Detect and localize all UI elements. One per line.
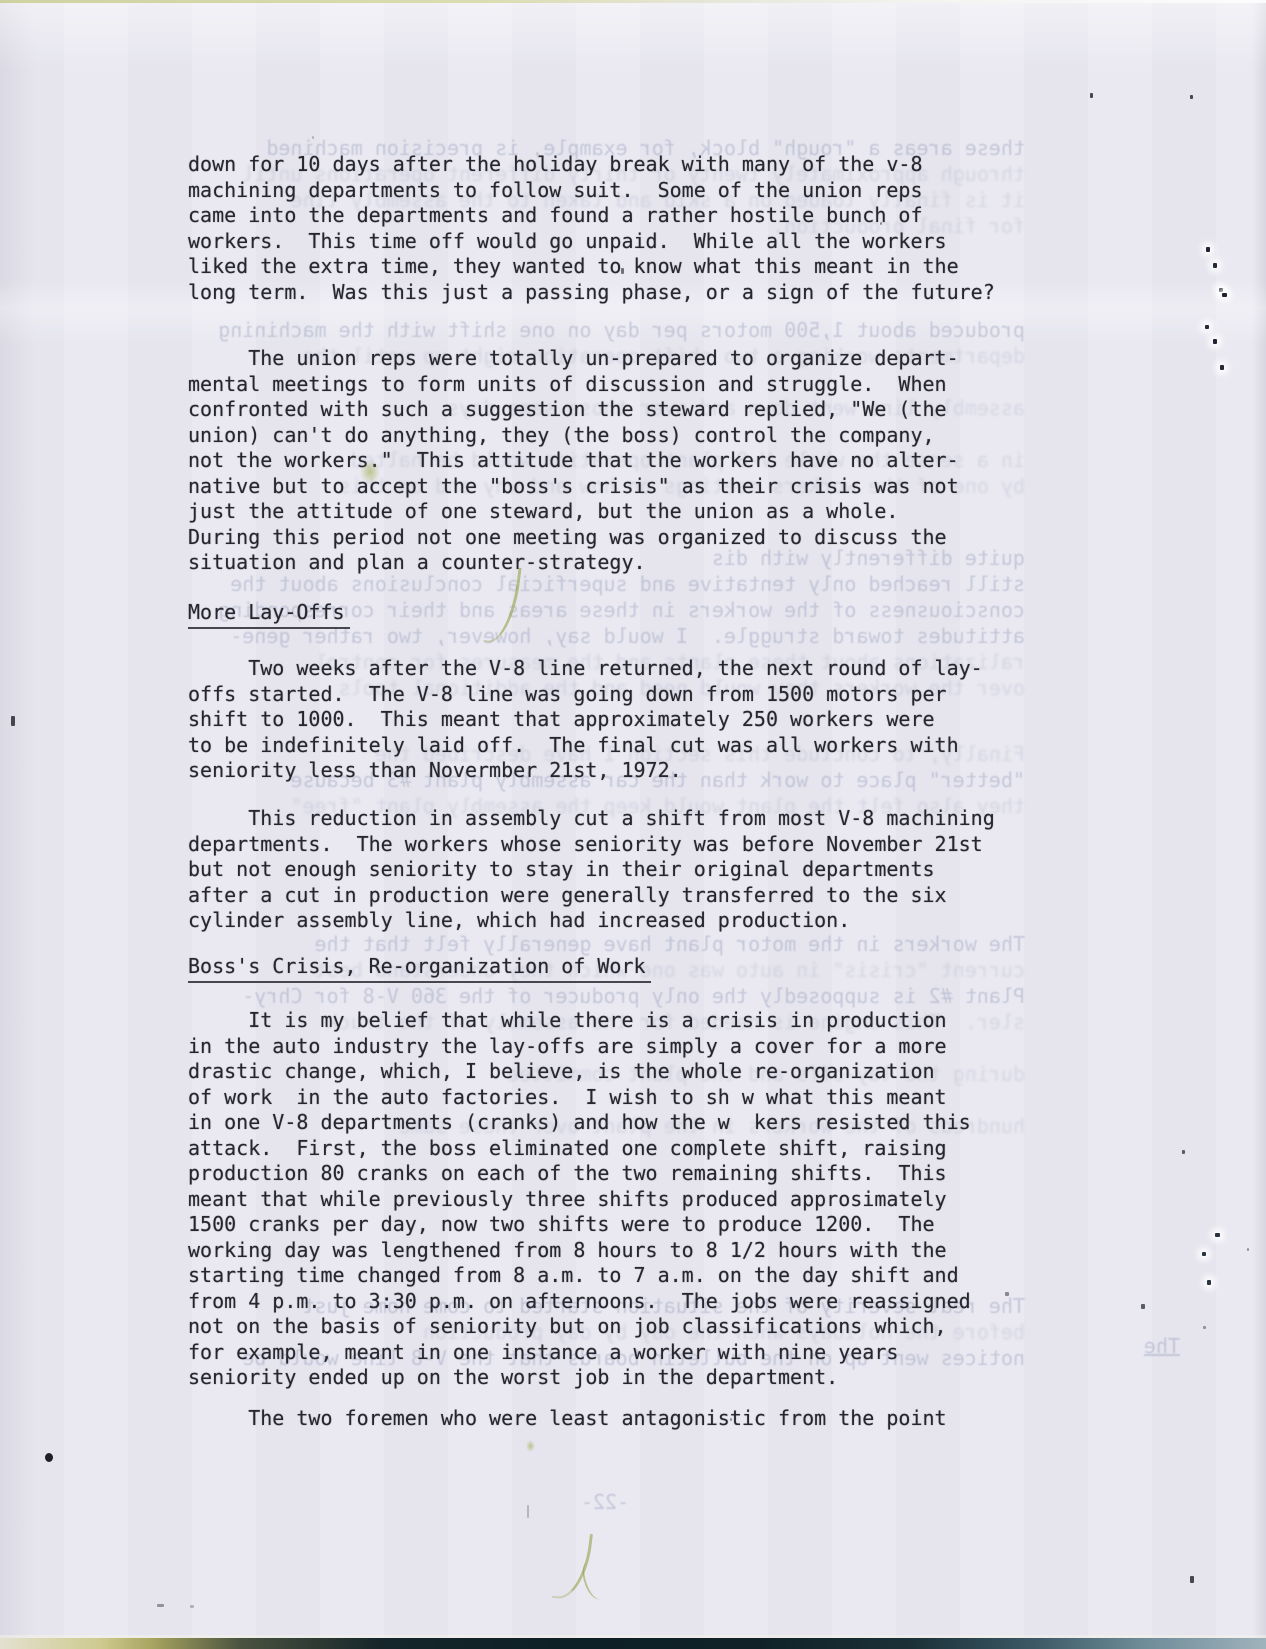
paper-speck: [1005, 1292, 1009, 1296]
typed-line: just the attitude of one steward, but th…: [188, 499, 1078, 525]
typed-line: mental meetings to form units of discuss…: [188, 372, 1078, 398]
typed-line: offs started. The V-8 line was going dow…: [188, 682, 1078, 708]
paper-speck: [1207, 1280, 1211, 1285]
typed-line: of work in the auto factories. I wish to…: [188, 1085, 1078, 1111]
typed-line: departments. The workers whose seniority…: [188, 832, 1078, 858]
paper-speck: [1190, 1576, 1194, 1583]
typed-line: meant that while previously three shifts…: [188, 1187, 1078, 1213]
typed-line: long term. Was this just a passing phase…: [188, 280, 1078, 306]
paper-speck: [11, 716, 15, 726]
typed-line: The two foremen who were least antagonis…: [188, 1406, 1078, 1432]
typed-line: The union reps were totally un-prepared …: [188, 346, 1078, 372]
paper-speck: [730, 1418, 732, 1421]
typed-line: down for 10 days after the holiday break…: [188, 152, 1078, 178]
paper-speck: [1141, 1304, 1145, 1309]
typed-line: During this period not one meeting was o…: [188, 525, 1078, 551]
typed-line: attack. First, the boss eliminated one c…: [188, 1136, 1078, 1162]
page-number-ghost: -22-: [540, 1490, 670, 1516]
section-heading-text: Boss's Crisis, Re-organization of Work: [188, 954, 651, 983]
typed-line: shift to 1000. This meant that approxima…: [188, 707, 1078, 733]
typed-line: seniority less than Novermber 21st, 1972…: [188, 758, 1078, 784]
typed-line: cylinder assembly line, which had increa…: [188, 908, 1078, 934]
paper-speck: [1090, 93, 1093, 98]
typed-line: production 80 cranks on each of the two …: [188, 1161, 1078, 1187]
section-heading: More Lay-Offs: [188, 600, 1078, 629]
typed-paragraph: Two weeks after the V-8 line returned, t…: [188, 656, 1078, 784]
section-heading-text: More Lay-Offs: [188, 600, 350, 629]
typed-line: in the auto industry the lay-offs are si…: [188, 1034, 1078, 1060]
typed-paragraph: This reduction in assembly cut a shift f…: [188, 806, 1078, 934]
typed-line: It is my belief that while there is a cr…: [188, 1008, 1078, 1034]
typed-line: drastic change, which, I believe, is the…: [188, 1059, 1078, 1085]
scanned-page: these areas a "rough" block, for example…: [0, 0, 1266, 1649]
typed-paragraph: The union reps were totally un-prepared …: [188, 346, 1078, 576]
typed-line: situation and plan a counter-strategy.: [188, 550, 1078, 576]
paper-speck: [1202, 1252, 1206, 1256]
typed-line: to be indefinitely laid off. The final c…: [188, 733, 1078, 759]
paper-speck: [312, 136, 314, 139]
paper-speck: [1206, 247, 1210, 252]
typed-line: seniority ended up on the worst job in t…: [188, 1365, 1078, 1391]
bleedthrough-line: produced about 1,500 motors per day on o…: [165, 318, 1025, 344]
typed-line: liked the extra time, they wanted to kno…: [188, 254, 1078, 280]
paper-speck: [1203, 1326, 1206, 1329]
paper-speck: [1247, 1248, 1249, 1251]
paper-speck: [880, 222, 882, 225]
typed-line: came into the departments and found a ra…: [188, 203, 1078, 229]
typed-paragraph: down for 10 days after the holiday break…: [188, 152, 1078, 305]
typed-line: not the workers." This attitude that the…: [188, 448, 1078, 474]
typed-paragraph: The two foremen who were least antagonis…: [188, 1406, 1078, 1432]
typed-line: but not enough seniority to stay in thei…: [188, 857, 1078, 883]
paper-speck: [190, 1605, 194, 1608]
green-fiber-mark: [578, 1558, 609, 1602]
typed-line: working day was lengthened from 8 hours …: [188, 1238, 1078, 1264]
typed-line: union) can't do anything, they (the boss…: [188, 423, 1078, 449]
paper-speck: [621, 268, 624, 274]
section-heading: Boss's Crisis, Re-organization of Work: [188, 954, 1078, 983]
typed-line: after a cut in production were generally…: [188, 883, 1078, 909]
paper-speck: [1205, 325, 1209, 329]
typed-line: native but to accept the "boss's crisis"…: [188, 474, 1078, 500]
paper-speck: [1213, 263, 1217, 268]
paper-speck: [1215, 1233, 1220, 1237]
paper-speck: [1219, 288, 1223, 292]
bleedthrough-line: still reached only tentative and superfi…: [165, 572, 1025, 598]
paper-speck: [45, 1453, 53, 1462]
typed-line: not on the basis of seniority but on job…: [188, 1314, 1078, 1340]
paper-speck: [157, 1604, 164, 1607]
bleedthrough-line: Plant #2 is supposedly the only producer…: [165, 984, 1025, 1010]
typed-line: from 4 p.m. to 3:30 p.m. on afternoons. …: [188, 1289, 1078, 1315]
paper-speck: [527, 1505, 529, 1518]
typed-line: starting time changed from 8 a.m. to 7 a…: [188, 1263, 1078, 1289]
paper-speck: [1222, 293, 1227, 297]
typed-paragraph: It is my belief that while there is a cr…: [188, 1008, 1078, 1391]
typed-line: in one V-8 departments (cranks) and how …: [188, 1110, 1078, 1136]
paper-speck: [1190, 95, 1193, 99]
typed-line: for example, meant in one instance a wor…: [188, 1340, 1078, 1366]
typed-line: workers. This time off would go unpaid. …: [188, 229, 1078, 255]
paper-speck: [1220, 365, 1224, 370]
typed-line: confronted with such a suggestion the st…: [188, 397, 1078, 423]
typed-line: Two weeks after the V-8 line returned, t…: [188, 656, 1078, 682]
green-fiber-mark: [526, 1440, 535, 1452]
scan-edge-bottom: [0, 1638, 1266, 1649]
scan-edge-top: [0, 0, 1266, 3]
paper-speck: [1182, 1150, 1185, 1154]
typed-line: This reduction in assembly cut a shift f…: [188, 806, 1078, 832]
paper-speck: [1213, 339, 1217, 344]
green-fiber-mark: [360, 460, 380, 484]
typed-line: machining departments to follow suit. So…: [188, 178, 1078, 204]
typed-line: 1500 cranks per day, now two shifts were…: [188, 1212, 1078, 1238]
